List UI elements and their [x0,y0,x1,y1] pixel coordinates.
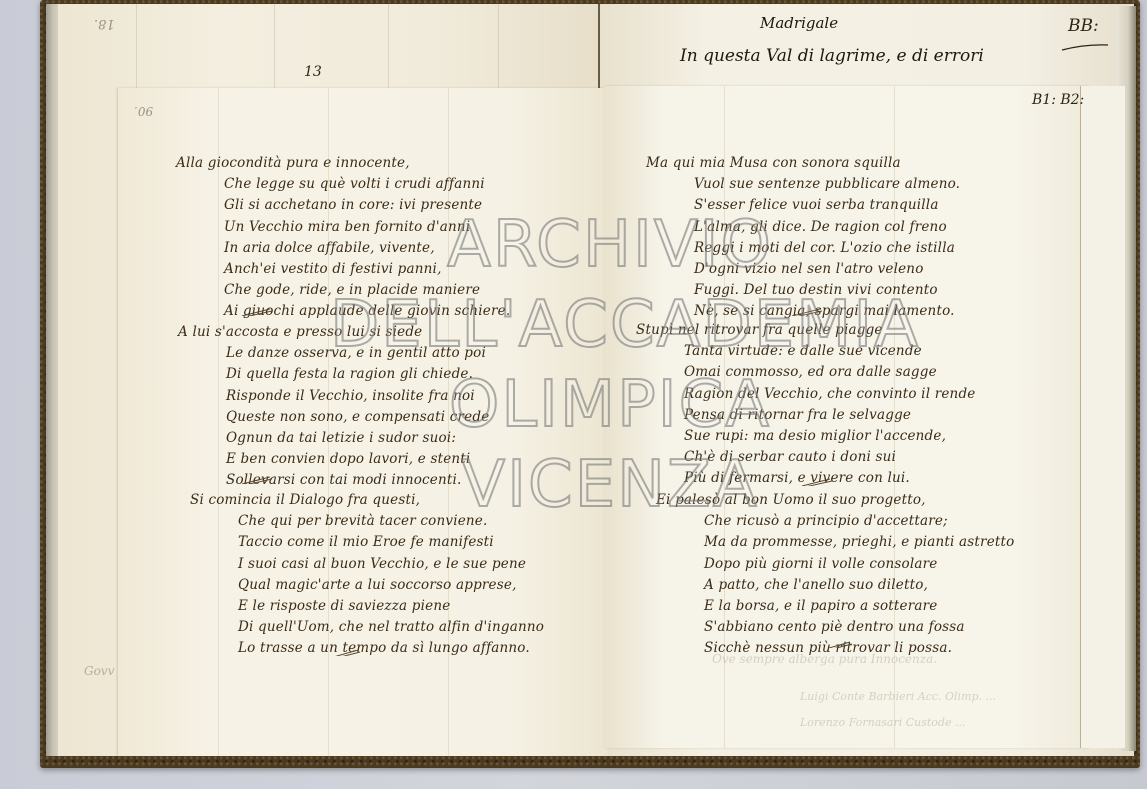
verse-line: Che ricusò a principio d'accettare; [656,511,1014,532]
verse-line: Omai commosso, ed ora dalle sagge [636,362,975,383]
verse-line: Ei palesò al bon Uomo il suo progetto, [656,490,1014,511]
faded-footer-line: Ove sempre alberga pura Innocenza. [712,652,937,666]
verse-line: Reggi i moti del cor. L'ozio che istilla [646,238,960,259]
left-page-number: 13 [304,64,322,80]
underline-mark [1060,42,1110,52]
verse-line: Sue rupi: ma desio miglior l'accende, [636,426,975,447]
verse-line: I suoi casi al buon Vecchio, e le sue pe… [190,554,544,575]
verse-line: Sollevarsi con tai modi innocenti. [178,470,489,491]
verse-line: Gli si acchetano in core: ivi presente [176,195,510,216]
faded-signature-1: Luigi Conte Barbieri Acc. Olimp. ... [800,690,996,703]
right-stanza-3: Ei palesò al bon Uomo il suo progetto, C… [656,490,1014,660]
verse-line: Che qui per brevità tacer conviene. [190,511,544,532]
verse-line: Vuol sue sentenze pubblicare almeno. [646,174,960,195]
verse-line: Ma da prommesse, prieghi, e pianti astre… [656,532,1014,553]
verse-line: Ragion del Vecchio, che convinto il rend… [636,384,975,405]
right-stanza-1: Ma qui mia Musa con sonora squilla Vuol … [646,153,960,323]
verse-line: Si comincia il Dialogo fra questi, [190,490,544,511]
verse-line: Risponde il Vecchio, insolite fra noi [178,386,489,407]
left-stanza-1: Alla giocondità pura e innocente, Che le… [176,153,510,323]
verse-line: Che gode, ride, e in placide maniere [176,280,510,301]
verse-line: Le danze osserva, e in gentil atto poi [178,343,489,364]
faded-signature-2: Lorenzo Fornasari Custode ... [800,716,965,729]
left-stanza-2: A lui s'accosta e presso lui si siede Le… [178,322,489,492]
end-divider-icon [328,648,362,656]
stanza-divider-icon [790,308,824,316]
verse-line: E le risposte di saviezza piene [190,596,544,617]
left-corner-number: 18. [94,16,115,31]
madrigale-first-line: In questa Val di lagrime, e di errori [680,46,984,66]
verse-line: Di quell'Uom, che nel tratto alfin d'ing… [190,617,544,638]
verse-line: L'alma, gli dice. De ragion col freno [646,217,960,238]
verse-line: S'esser felice vuoi serba tranquilla [646,195,960,216]
verse-line: S'abbiano cento piè dentro una fossa [656,617,1014,638]
right-corner-number: BB: [1068,16,1099,36]
verse-line: Stupì nel ritrovar fra quelle piagge [636,320,975,341]
verse-line: Ai giuochi applaude delle giovin schiere… [176,301,510,322]
margin-note: Govv [84,664,114,678]
sheet-corner-number: 90. [134,104,153,118]
verse-line: Queste non sono, e compensati crede [178,407,489,428]
verse-line: A patto, che l'anello suo diletto, [656,575,1014,596]
verse-line: Di quella festa la ragion gli chiede. [178,364,489,385]
right-sheet-corner-number: B1: B2: [1032,92,1084,108]
verse-line: Ma qui mia Musa con sonora squilla [646,153,960,174]
verse-line: In aria dolce affabile, vivente, [176,238,510,259]
verse-line: E ben convien dopo lavori, e stenti [178,449,489,470]
verse-line: Taccio come il mio Eroe fe manifesti [190,532,544,553]
verse-line: Pensa di ritornar fra le selvagge [636,405,975,426]
verse-line: Dopo più giorni il volle consolare [656,554,1014,575]
verse-line: A lui s'accosta e presso lui si siede [178,322,489,343]
verse-line: Alla giocondità pura e innocente, [176,153,510,174]
verse-line: Lo trasse a un tempo da sì lungo affanno… [190,638,544,659]
verse-line: E la borsa, e il papiro a sotterare [656,596,1014,617]
verse-line: D'ogni vizio nel sen l'atro veleno [646,259,960,280]
verse-line: Ch'è di serbar cauto i doni sui [636,447,975,468]
end-divider-icon [820,640,854,648]
stanza-divider-icon [240,476,274,484]
verse-line: Tanta virtude: e dalle sue vicende [636,341,975,362]
verse-line: Ognun da tai letizie i sudor suoi: [178,428,489,449]
right-sheet-strip [1080,86,1125,748]
verse-line: Fuggi. Del tuo destin vivi contento [646,280,960,301]
right-stanza-2: Stupì nel ritrovar fra quelle piagge Tan… [636,320,975,490]
stanza-divider-icon [800,478,834,486]
verse-line: Anch'ei vestito di festivi panni, [176,259,510,280]
madrigale-heading: Madrigale [760,14,838,32]
verse-line: Qual magic'arte a lui soccorso apprese, [190,575,544,596]
verse-line: Che legge su què volti i crudi affanni [176,174,510,195]
stanza-divider-icon [240,308,274,316]
left-stanza-3: Si comincia il Dialogo fra questi, Che q… [190,490,544,660]
verse-line: Un Vecchio mira ben fornito d'anni [176,217,510,238]
